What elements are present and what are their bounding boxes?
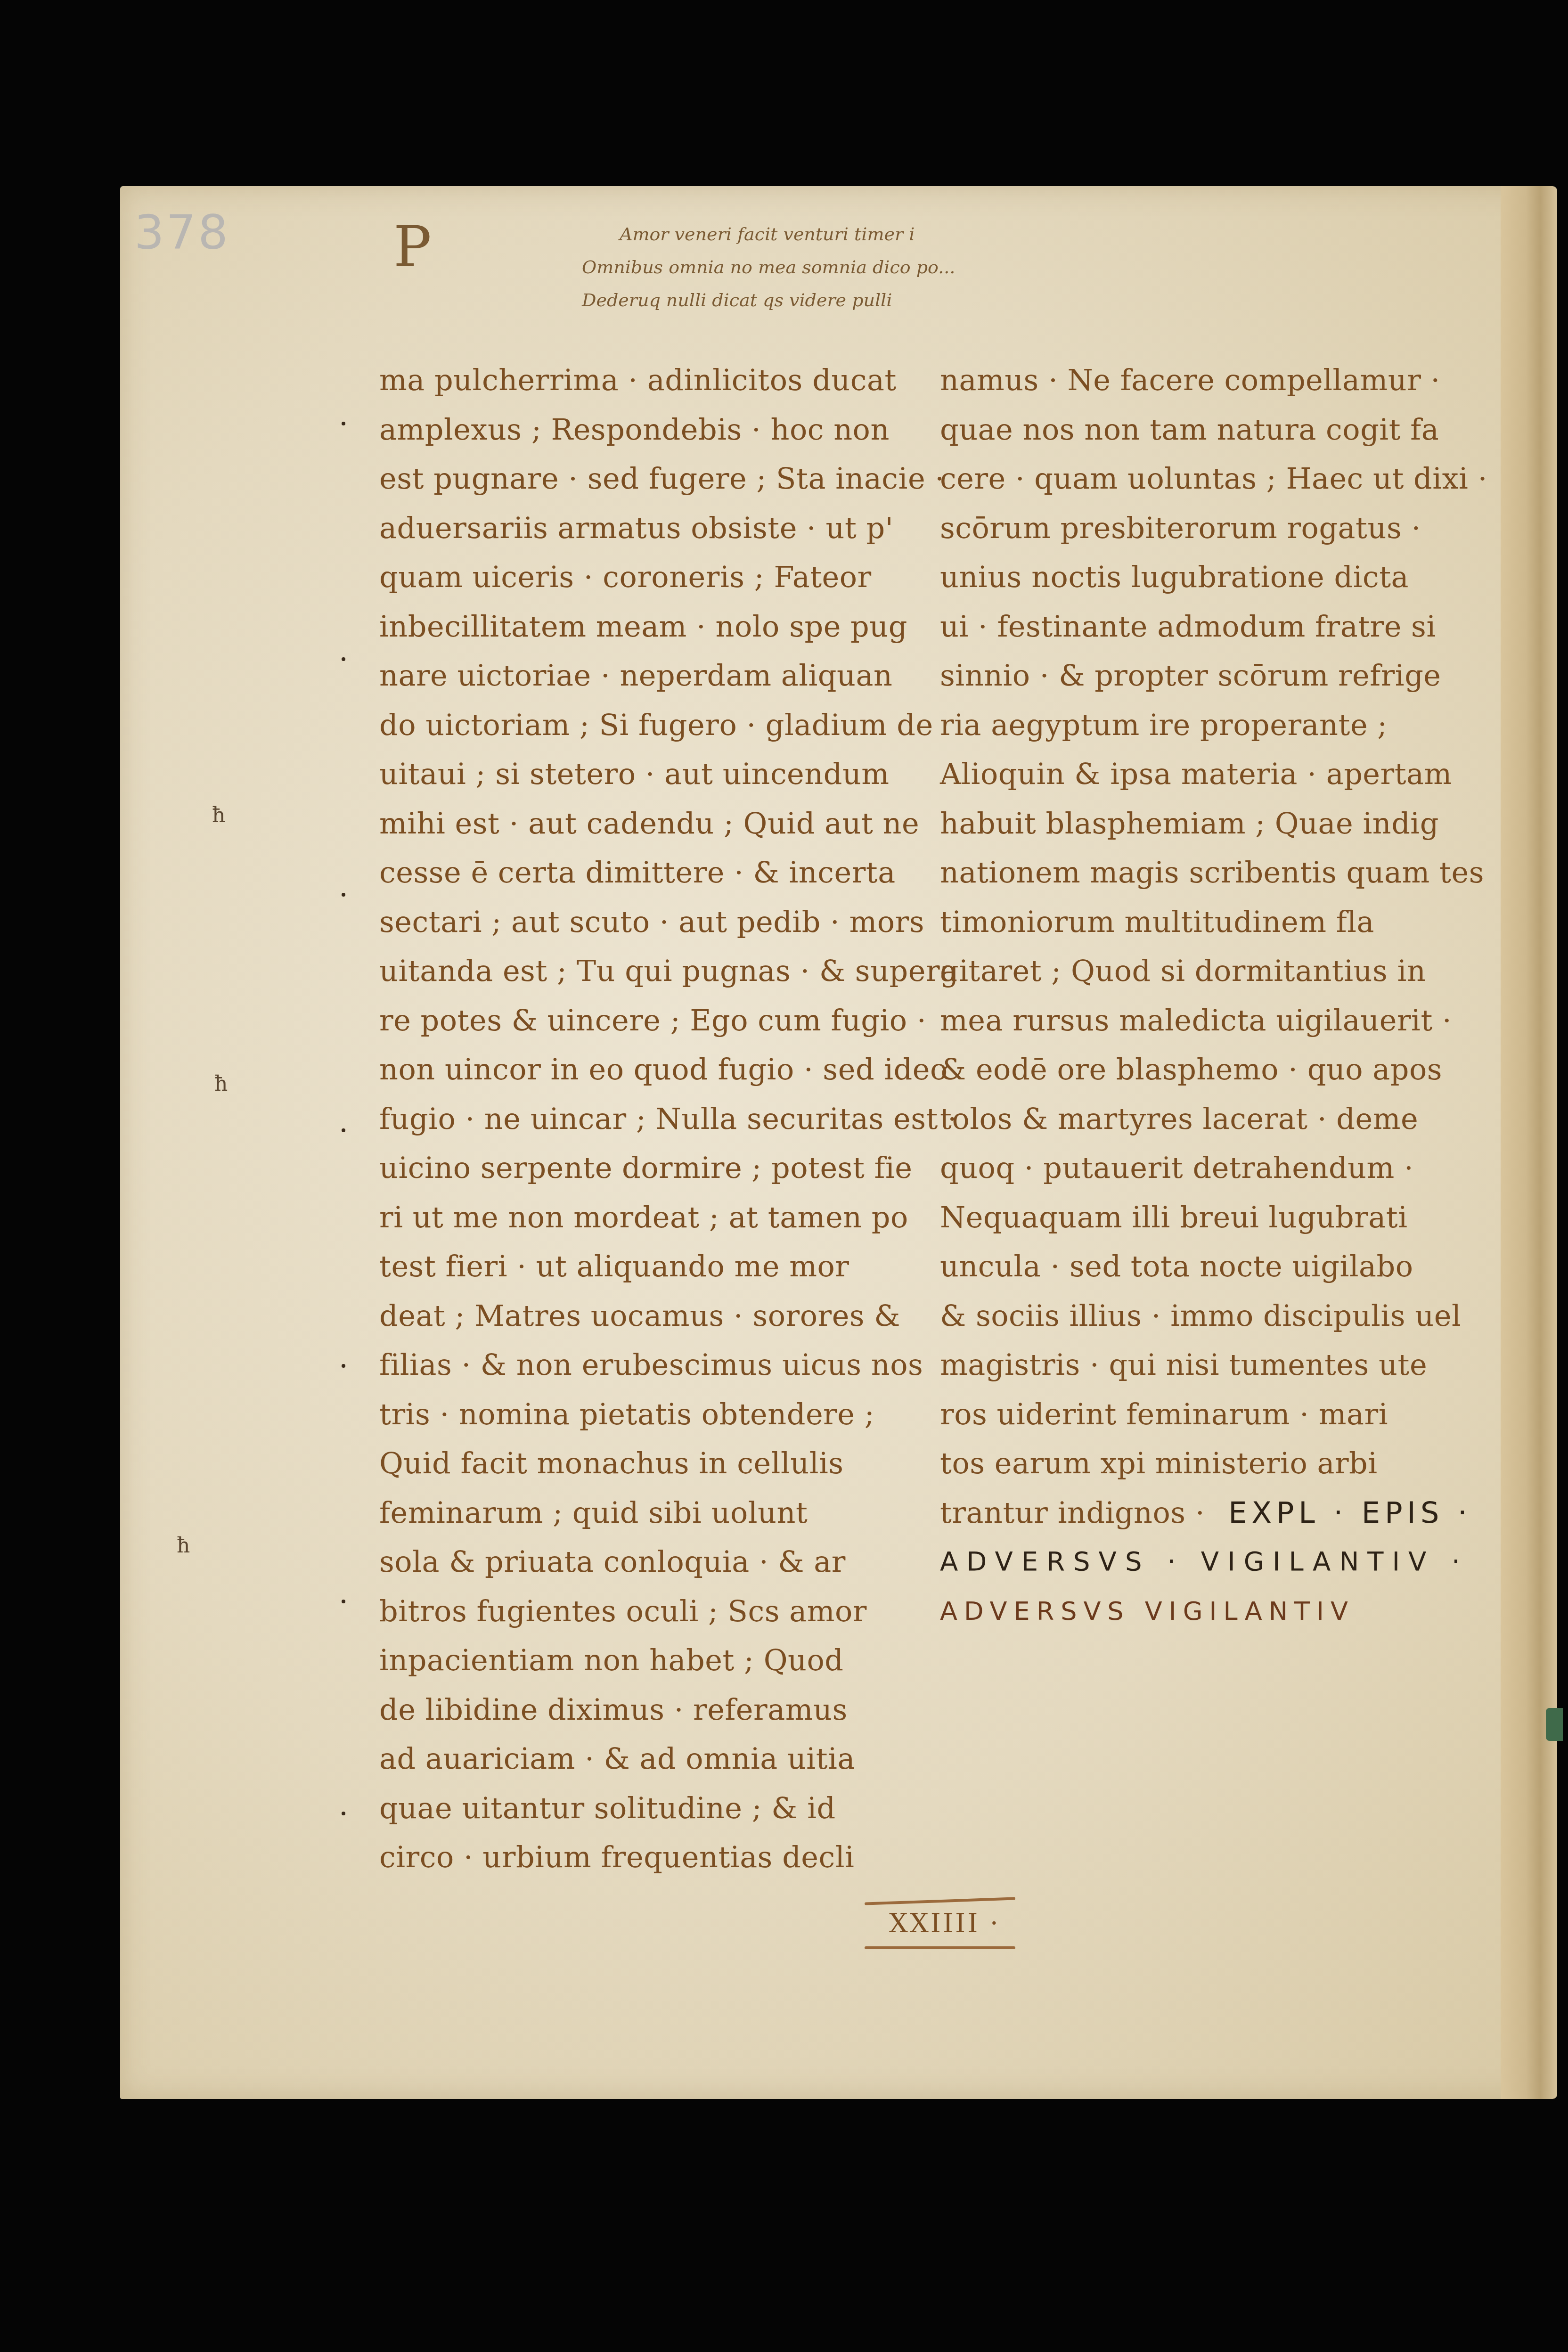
text-line: uitanda est ; Tu qui pugnas · & supera — [379, 947, 959, 996]
text-line: uicino serpente dormire ; potest fie — [379, 1143, 959, 1193]
pricking-dot — [342, 1600, 345, 1603]
text-line: circo · urbium frequentias decli — [379, 1833, 959, 1882]
title-rubric: ADVERSVS · VIGILANTIV · — [940, 1537, 1519, 1587]
quire-signature: XXIIII · — [846, 1908, 1044, 1939]
page-tab-marker — [1546, 1708, 1563, 1741]
pricking-dot — [342, 1364, 345, 1368]
text-line: inbecillitatem meam · nolo spe pug — [379, 602, 959, 652]
text-line: Quid facit monachus in cellulis — [379, 1439, 959, 1488]
text-line: ui · festinante admodum fratre si — [940, 602, 1519, 652]
text-line: & eodē ore blasphemo · quo apos — [940, 1045, 1519, 1094]
text-line: unius noctis lugubratione dicta — [940, 553, 1519, 602]
pricking-dot — [342, 893, 345, 897]
text-line: ros uiderint feminarum · mari — [940, 1390, 1519, 1439]
text-line: cere · quam uoluntas ; Haec ut dixi · — [940, 454, 1519, 504]
pricking-dot — [342, 422, 345, 425]
nota-mark: ħ — [212, 803, 225, 827]
text-line: deat ; Matres uocamus · sorores & — [379, 1291, 959, 1341]
probatio-pennae: P Amor veneri facit venturi timer i Omni… — [393, 224, 1289, 323]
text-line: tolos & martyres lacerat · deme — [940, 1094, 1519, 1144]
text-line: quae nos non tam natura cogit fa — [940, 405, 1519, 455]
probatio-line: Omnibus omnia no mea somnia dico po... — [582, 257, 1289, 290]
text-line: sinnio · & propter scōrum refrige — [940, 651, 1519, 701]
explicit-rubric: EXPL · EPIS · — [1228, 1495, 1471, 1530]
pencil-page-number: 378 — [134, 205, 230, 260]
text-line: sectari ; aut scuto · aut pedib · mors — [379, 898, 959, 947]
text-line: ma pulcherrima · adinlicitos ducat — [379, 356, 959, 405]
text-line: & sociis illius · immo discipulis uel — [940, 1291, 1519, 1341]
text-line: feminarum ; quid sibi uolunt — [379, 1488, 959, 1538]
text-line: quae uitantur solitudine ; & id — [379, 1784, 959, 1833]
text-line: quam uiceris · coroneris ; Fateor — [379, 553, 959, 602]
text-line: namus · Ne facere compellamur · — [940, 356, 1519, 405]
text-line: ri ut me non mordeat ; at tamen po — [379, 1193, 959, 1242]
text-line: tos earum xpi ministerio arbi — [940, 1439, 1519, 1488]
text-line: gitaret ; Quod si dormitantius in — [940, 947, 1519, 996]
text-line: uncula · sed tota nocte uigilabo — [940, 1242, 1519, 1291]
text-line: ria aegyptum ire properante ; — [940, 701, 1519, 750]
text-line: Alioquin & ipsa materia · apertam — [940, 750, 1519, 799]
text-line: magistris · qui nisi tumentes ute — [940, 1340, 1519, 1390]
text-line: nare uictoriae · neperdam aliquan — [379, 651, 959, 701]
text-line: inpacientiam non habet ; Quod — [379, 1636, 959, 1685]
text-line: fugio · ne uincar ; Nulla securitas est … — [379, 1094, 959, 1144]
text-line: sola & priuata conloquia · & ar — [379, 1537, 959, 1587]
text-line: timoniorum multitudinem fla — [940, 898, 1519, 947]
text-line: mea rursus maledicta uigilauerit · — [940, 996, 1519, 1045]
text-line: est pugnare · sed fugere ; Sta inacie · — [379, 454, 959, 504]
title-rubric-repeat: ADVERSVS VIGILANTIV — [940, 1587, 1519, 1636]
text-line: non uincor in eo quod fugio · sed ideo — [379, 1045, 959, 1094]
right-text-column: namus · Ne facere compellamur · quae nos… — [940, 356, 1519, 1636]
text-line: Nequaquam illi breui lugubrati — [940, 1193, 1519, 1242]
text-line: amplexus ; Respondebis · hoc non — [379, 405, 959, 455]
text-line: bitros fugientes oculi ; Scs amor — [379, 1587, 959, 1636]
text-line: test fieri · ut aliquando me mor — [379, 1242, 959, 1291]
pricking-dot — [342, 657, 345, 661]
text-line: scōrum presbiterorum rogatus · — [940, 504, 1519, 553]
pricking-dot — [342, 1812, 345, 1815]
text-line: do uictoriam ; Si fugero · gladium de — [379, 701, 959, 750]
probatio-line: Dederuq nulli dicat qs videre pulli — [582, 290, 1289, 323]
pen-flourish: P — [393, 214, 432, 280]
text-line: habuit blasphemiam ; Quae indig — [940, 799, 1519, 849]
text-line: cesse ē certa dimittere · & incerta — [379, 848, 959, 898]
text-line: tris · nomina pietatis obtendere ; — [379, 1390, 959, 1439]
probatio-line: Amor veneri facit venturi timer i — [620, 224, 1289, 257]
text-line: quoq · putauerit detrahendum · — [940, 1143, 1519, 1193]
pricking-dot — [342, 1128, 345, 1132]
text-line: mihi est · aut cadendu ; Quid aut ne — [379, 799, 959, 849]
text-line: de libidine diximus · referamus — [379, 1685, 959, 1735]
text-line: trantur indignos · — [940, 1495, 1205, 1530]
nota-mark: ħ — [177, 1534, 190, 1558]
text-line: aduersariis armatus obsiste · ut p' — [379, 504, 959, 553]
explicit-line: trantur indignos · EXPL · EPIS · — [940, 1488, 1519, 1538]
text-line: nationem magis scribentis quam tes — [940, 848, 1519, 898]
manuscript-folio: 378 P Amor veneri facit venturi timer i … — [120, 186, 1538, 2099]
text-line: filias · & non erubescimus uicus nos — [379, 1340, 959, 1390]
text-line: re potes & uincere ; Ego cum fugio · — [379, 996, 959, 1045]
text-line: ad auariciam · & ad omnia uitia — [379, 1734, 959, 1784]
left-text-column: ma pulcherrima · adinlicitos ducat ample… — [379, 356, 959, 1882]
text-line: uitaui ; si stetero · aut uincendum — [379, 750, 959, 799]
nota-mark: ħ — [214, 1072, 228, 1096]
